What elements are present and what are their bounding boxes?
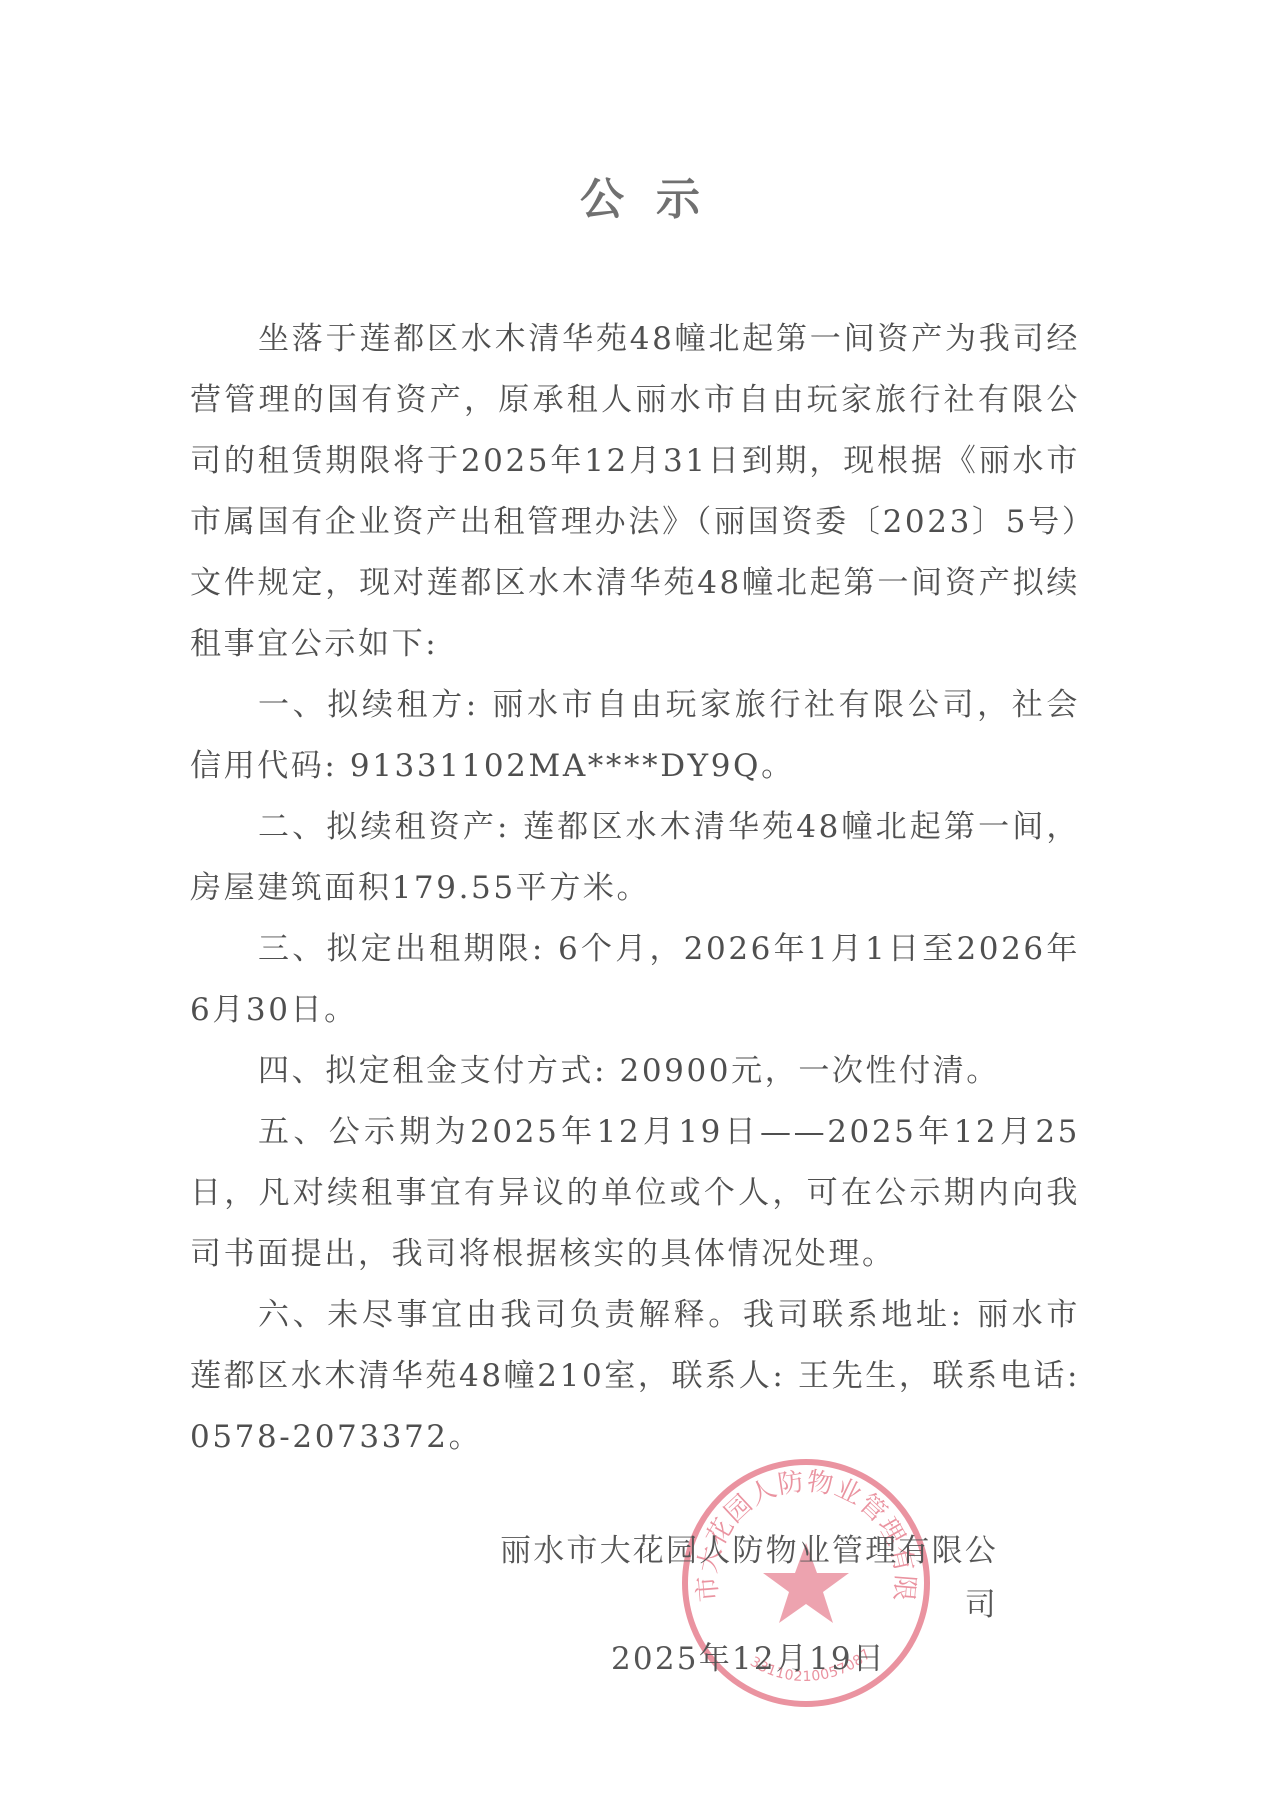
paragraph-intro: 坐落于莲都区水木清华苑48幢北起第一间资产为我司经营管理的国有资产，原承租人丽水…	[190, 309, 1080, 675]
paragraph-item-2-asset: 二、拟续租资产: 莲都区水木清华苑48幢北起第一间，房屋建筑面积179.55平方…	[190, 797, 1080, 919]
paragraph-item-4-rent: 四、拟定租金支付方式: 20900元，一次性付清。	[190, 1041, 1080, 1102]
document-title: 公示	[0, 170, 1280, 230]
notice-body: 坐落于莲都区水木清华苑48幢北起第一间资产为我司经营管理的国有资产，原承租人丽水…	[190, 309, 1080, 1468]
paragraph-item-3-term: 三、拟定出租期限: 6个月，2026年1月1日至2026年6月30日。	[190, 919, 1080, 1041]
signature-company: 丽水市大花园人防物业管理有限公司	[500, 1524, 1100, 1632]
paragraph-item-6-contact: 六、未尽事宜由我司负责解释。我司联系地址: 丽水市莲都区水木清华苑48幢210室…	[190, 1285, 1080, 1468]
notice-page: 公示 坐落于莲都区水木清华苑48幢北起第一间资产为我司经营管理的国有资产，原承租…	[0, 0, 1280, 1810]
paragraph-item-1-lessee: 一、拟续租方: 丽水市自由玩家旅行社有限公司，社会信用代码: 91331102M…	[190, 675, 1080, 797]
signature-date: 2025年12月19日	[500, 1632, 1100, 1686]
paragraph-item-5-period: 五、公示期为2025年12月19日——2025年12月25日，凡对续租事宜有异议…	[190, 1102, 1080, 1285]
signature-block: 丽水市大花园人防物业管理有限公司 2025年12月19日	[500, 1524, 1100, 1686]
